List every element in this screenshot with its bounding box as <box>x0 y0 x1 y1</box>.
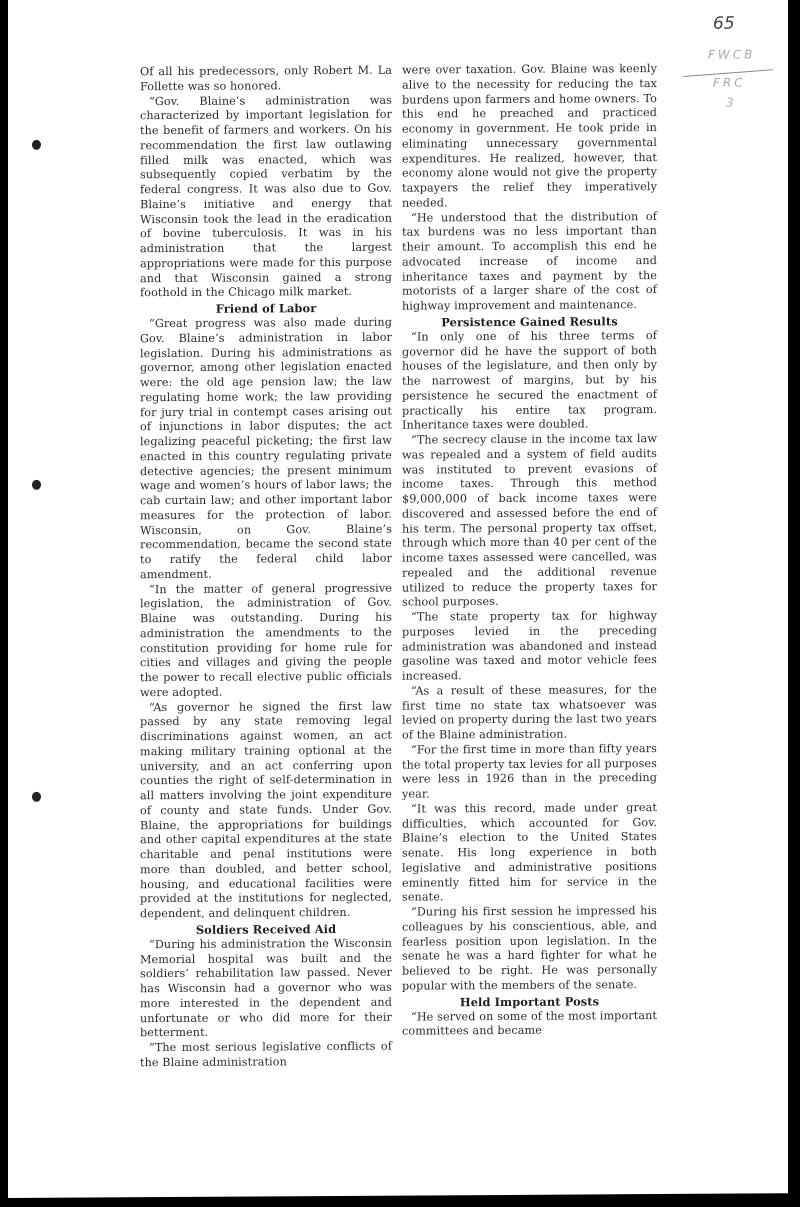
article-paragraph: “He understood that the distribution of … <box>402 210 657 315</box>
article-paragraph: “During his first session he impressed h… <box>402 904 657 994</box>
article-paragraph: “For the first time in more than fifty y… <box>402 742 657 803</box>
article-paragraph: “As a result of these measures, for the … <box>402 683 657 744</box>
punch-hole <box>32 792 41 802</box>
article-column-right: were over taxation. Gov. Blaine was keen… <box>402 62 657 1040</box>
article-paragraph: “In only one of his three terms of gover… <box>402 329 657 434</box>
article-paragraph: Of all his predecessors, only Robert M. … <box>140 64 392 95</box>
article-paragraph: “As governor he signed the first law pas… <box>140 699 392 922</box>
punch-hole <box>32 140 41 150</box>
section-subheading: Soldiers Received Aid <box>140 921 392 938</box>
article-paragraph: “In the matter of general progressive le… <box>140 581 392 701</box>
article-paragraph: “During his administration the Wisconsin… <box>140 936 392 1041</box>
section-subheading: Held Important Posts <box>402 994 657 1011</box>
article-paragraph: “Gov. Blaine’s administration was charac… <box>140 93 392 301</box>
handwritten-note-line-2: FRC <box>713 75 746 89</box>
section-subheading: Friend of Labor <box>140 301 392 318</box>
section-subheading: Persistence Gained Results <box>402 314 657 331</box>
article-column-left: Of all his predecessors, only Robert M. … <box>140 64 392 1071</box>
article-paragraph: “Great progress was also made during Gov… <box>140 316 392 583</box>
article-paragraph: “It was this record, made under great di… <box>402 801 657 906</box>
punch-hole <box>32 480 41 490</box>
handwritten-note-line-1: FWCB <box>708 47 755 61</box>
article-paragraph: “The most serious legislative conflicts … <box>140 1040 392 1071</box>
article-paragraph: “He served on some of the most important… <box>402 1009 657 1040</box>
article-paragraph: “The state property tax for highway purp… <box>402 609 657 684</box>
article-paragraph: were over taxation. Gov. Blaine was keen… <box>402 62 657 211</box>
handwritten-page-number: 65 <box>713 14 735 34</box>
handwritten-note-line-3: 3 <box>726 96 734 110</box>
newspaper-clipping-page: 65 FWCB FRC 3 Of all his predecessors, o… <box>8 0 788 1198</box>
article-paragraph: “The secrecy clause in the income tax la… <box>402 432 657 611</box>
